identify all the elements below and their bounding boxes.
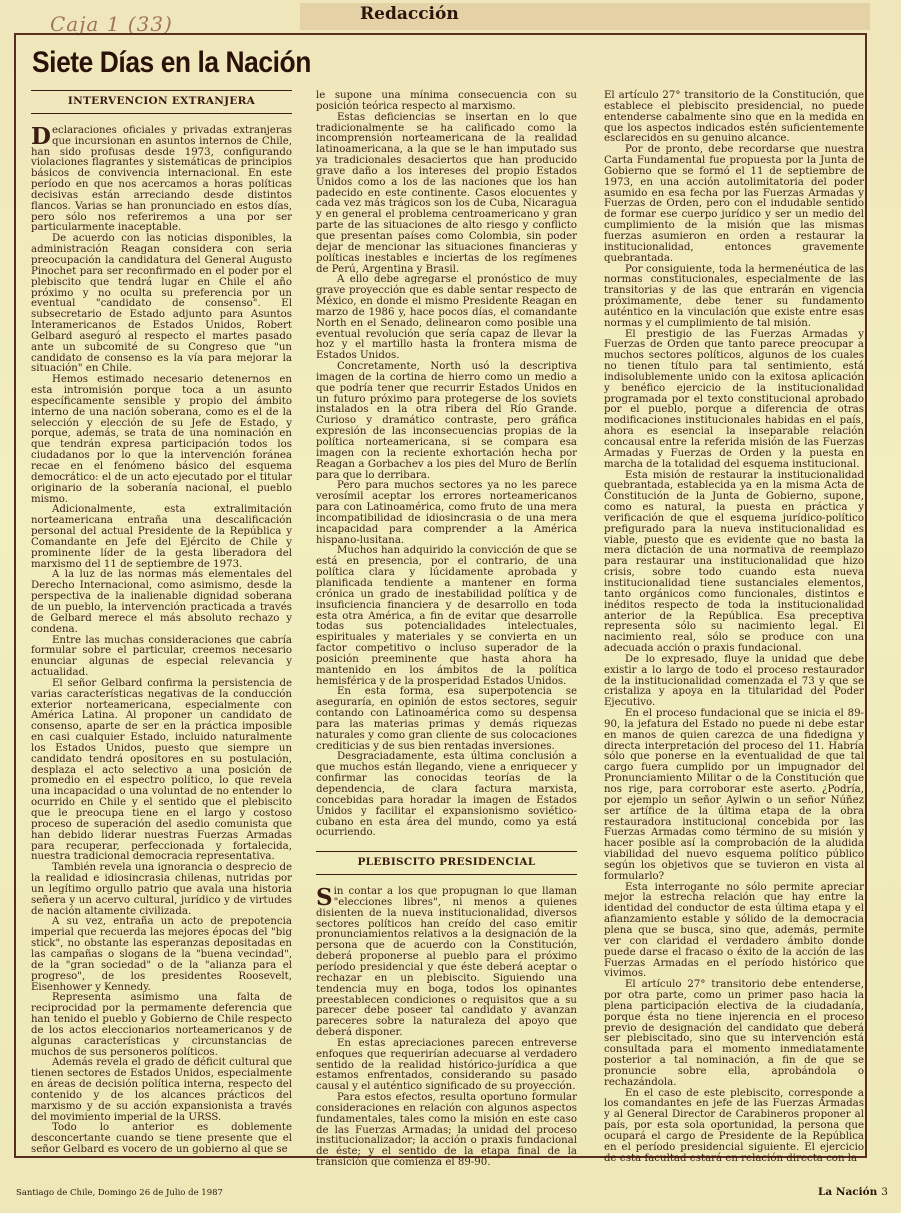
article-paragraph: Por de pronto, debe recordarse que nuest… — [604, 145, 864, 264]
article-heading: INTERVENCION EXTRANJERA — [31, 90, 292, 114]
section-title: Redacción — [360, 4, 459, 24]
article-paragraph: El prestigio de las Fuerzas Armadas y Fu… — [604, 330, 864, 471]
paragraph-text: Desgraciadamente, esta última conclusión… — [316, 751, 577, 838]
article-paragraph: Esta misión de restaurar la instituciona… — [604, 471, 864, 655]
paragraph-text: A ello debe agregarse el pronóstico de m… — [316, 274, 577, 361]
paragraph-text: Esta interrogante no sólo permite apreci… — [604, 882, 864, 980]
publication-footer: La Nación3 — [818, 1186, 888, 1198]
paragraph-text: De acuerdo con las noticias disponibles,… — [31, 233, 292, 374]
paragraph-text: Para estos efectos, resulta oportuno for… — [316, 1092, 577, 1168]
dateline: Santiago de Chile, Domingo 26 de Julio d… — [16, 1188, 223, 1198]
column-3: El artículo 27° transitorio de la Consti… — [604, 91, 864, 1165]
article-paragraph: Concretamente, North usó la descriptiva … — [316, 362, 577, 481]
paragraph-text: También revela una ignorancia o despreci… — [31, 862, 292, 916]
paragraph-text: En el caso de este plebiscito, correspon… — [604, 1088, 864, 1164]
paragraph-text: El prestigio de las Fuerzas Armadas y Fu… — [604, 329, 864, 470]
article-paragraph: Hemos estimado necesario detenernos en e… — [31, 375, 292, 505]
publication-name: La Nación — [818, 1186, 877, 1198]
paragraph-text: Pero para muchos sectores ya no les pare… — [316, 480, 577, 545]
paragraph-text: Muchos han adquirido la convicción de qu… — [316, 545, 577, 686]
article-paragraph: Muchos han adquirido la convicción de qu… — [316, 546, 577, 687]
article-paragraph: A ello debe agregarse el pronóstico de m… — [316, 275, 577, 362]
article-paragraph: Declaraciones oficiales y privadas extra… — [31, 126, 292, 234]
article-paragraph-continued: El artículo 27° transitorio de la Consti… — [604, 91, 864, 145]
article-paragraph: Para estos efectos, resulta oportuno for… — [316, 1093, 577, 1169]
article-paragraph: Además revela el grado de déficit cultur… — [31, 1058, 292, 1123]
paragraph-text: En estas apreciaciones parecen entrevers… — [316, 1038, 577, 1092]
paragraph-text: El artículo 27° transitorio debe entende… — [604, 979, 864, 1088]
newspaper-page: Caja 1 (33) Redacción Siete Días en la N… — [0, 0, 901, 1213]
paragraph-text: De lo expresado, fluye la unidad que deb… — [604, 654, 864, 708]
article-paragraph: En esta forma, esa superpotencia se aseg… — [316, 687, 577, 752]
paragraph-text: A su vez, entraña un acto de prepotencia… — [31, 916, 292, 992]
article-paragraph: Entre las muchas consideraciones que cab… — [31, 636, 292, 679]
article-paragraph: También revela una ignorancia o despreci… — [31, 863, 292, 917]
article-paragraph: El artículo 27° transitorio debe entende… — [604, 980, 864, 1088]
paragraph-text: Hemos estimado necesario detenernos en e… — [31, 374, 292, 504]
column-2: le supone una mínima consecuencia con su… — [316, 91, 577, 1169]
article-paragraph: Estas deficiencias se insertan en lo que… — [316, 113, 577, 276]
article-paragraph: Representa asimismo una falta de recipro… — [31, 993, 292, 1058]
paragraph-text: Esta misión de restaurar la instituciona… — [604, 470, 864, 655]
article-paragraph-continued: le supone una mínima consecuencia con su… — [316, 91, 577, 113]
article-paragraph: En estas apreciaciones parecen entrevers… — [316, 1039, 577, 1093]
article-paragraph: Adicionalmente, esta extralimitación nor… — [31, 505, 292, 570]
article-paragraph: Desgraciadamente, esta última conclusión… — [316, 752, 577, 839]
paragraph-text: Por consiguiente, toda la hermenéutica d… — [604, 264, 864, 329]
article-paragraph: En el proceso fundacional que se inicia … — [604, 709, 864, 883]
page-number: 3 — [881, 1186, 888, 1198]
article-paragraph: Todo lo anterior es doblemente desconcer… — [31, 1123, 292, 1156]
article-paragraph: Pero para muchos sectores ya no les pare… — [316, 481, 577, 546]
paragraph-text: Además revela el grado de déficit cultur… — [31, 1057, 292, 1122]
paragraph-text: Entre las muchas consideraciones que cab… — [31, 635, 292, 679]
paragraph-text: Todo lo anterior es doblemente desconcer… — [31, 1122, 292, 1155]
paragraph-text: le supone una mínima consecuencia con su… — [316, 90, 577, 112]
column-1: INTERVENCION EXTRANJERADeclaraciones ofi… — [31, 90, 292, 1156]
paragraph-text: Representa asimismo una falta de recipro… — [31, 992, 292, 1057]
paragraph-text: El señor Gelbard confirma la persistenci… — [31, 678, 292, 863]
paragraph-text: En el proceso fundacional que se inicia … — [604, 708, 864, 882]
article-heading: PLEBISCITO PRESIDENCIAL — [316, 851, 577, 875]
drop-cap: D — [31, 127, 51, 146]
paragraph-text: eclaraciones oficiales y privadas extran… — [31, 125, 292, 234]
paragraph-text: El artículo 27° transitorio de la Consti… — [604, 90, 864, 144]
paragraph-text: in contar a los que propugnan lo que lla… — [316, 886, 577, 1038]
article-paragraph: A la luz de las normas más elementales d… — [31, 570, 292, 635]
paragraph-text: A la luz de las normas más elementales d… — [31, 569, 292, 634]
article-paragraph: Por consiguiente, toda la hermenéutica d… — [604, 265, 864, 330]
article-paragraph: En el caso de este plebiscito, correspon… — [604, 1089, 864, 1165]
paragraph-text: Por de pronto, debe recordarse que nuest… — [604, 144, 864, 263]
paragraph-text: Adicionalmente, esta extralimitación nor… — [31, 504, 292, 569]
article-paragraph: De lo expresado, fluye la unidad que deb… — [604, 655, 864, 709]
article-paragraph: Esta interrogante no sólo permite apreci… — [604, 883, 864, 981]
masthead: Siete Días en la Nación — [32, 46, 311, 80]
article-paragraph: A su vez, entraña un acto de prepotencia… — [31, 917, 292, 993]
paragraph-text: Concretamente, North usó la descriptiva … — [316, 361, 577, 480]
article-paragraph: De acuerdo con las noticias disponibles,… — [31, 234, 292, 375]
article-paragraph: El señor Gelbard confirma la persistenci… — [31, 679, 292, 863]
article-paragraph: Sin contar a los que propugnan lo que ll… — [316, 887, 577, 1039]
paragraph-text: Estas deficiencias se insertan en lo que… — [316, 112, 577, 275]
drop-cap: S — [316, 888, 333, 907]
paragraph-text: En esta forma, esa superpotencia se aseg… — [316, 686, 577, 751]
